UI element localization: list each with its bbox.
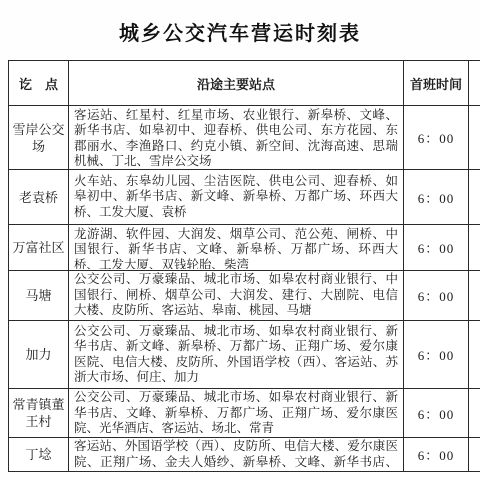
first-bus-cell: 6：00 (404, 106, 469, 170)
first-bus-cell: 6：00 (404, 438, 469, 472)
document-page: 城乡公交汽车营运时刻表 讫 点 沿途主要站点 首班时间 雪岸公交场 客运站、红星… (0, 0, 480, 480)
clipped-cell (469, 271, 480, 321)
stations-cell: 公交公司、万豪臻品、城北市场、如皋农村商业银行、中国银行、闸桥、烟草公司、大润发… (69, 271, 404, 321)
stations-cell: 公交公司、万豪臻品、城北市场、如皋农村商业银行、新华书店、新文峰、新皋桥、万都广… (69, 321, 404, 389)
table-row: 万富社区 龙游湖、软件园、大润发、烟草公司、范公苑、闸桥、中国银行、新华书店、文… (9, 225, 480, 271)
first-bus-cell: 6：00 (404, 225, 469, 271)
dest-cell: 丁埝 (9, 438, 69, 472)
table-row: 雪岸公交场 客运站、红星村、红星市场、农业银行、新皋桥、文峰、新华书店、如皋初中… (9, 106, 480, 170)
clipped-column-header (469, 61, 480, 106)
clipped-cell (469, 225, 480, 271)
table-row: 老袁桥 火车站、东皋幼儿园、尘洁医院、供电公司、迎春桥、如皋初中、新华书店、新文… (9, 170, 480, 225)
table-row: 丁埝 客运站、外国语学校（西）、皮防所、电信大楼、爱尔康医院、正翔广场、金夫人婚… (9, 438, 480, 472)
first-bus-cell: 6：00 (404, 321, 469, 389)
first-bus-cell: 6：00 (404, 271, 469, 321)
first-bus-column-header: 首班时间 (404, 61, 469, 106)
bus-timetable: 讫 点 沿途主要站点 首班时间 雪岸公交场 客运站、红星村、红星市场、农业银行、… (8, 60, 480, 472)
first-bus-cell: 6：00 (404, 170, 469, 225)
stations-cell: 火车站、东皋幼儿园、尘洁医院、供电公司、迎春桥、如皋初中、新华书店、新文峰、新皋… (69, 170, 404, 225)
table-row: 马塘 公交公司、万豪臻品、城北市场、如皋农村商业银行、中国银行、闸桥、烟草公司、… (9, 271, 480, 321)
dest-cell: 老袁桥 (9, 170, 69, 225)
dest-column-header: 讫 点 (9, 61, 69, 106)
clipped-cell (469, 389, 480, 438)
clipped-cell (469, 438, 480, 472)
stations-cell: 公交公司、万豪臻品、城北市场、如皋农村商业银行、新华书店、文峰、新皋桥、万都广场… (69, 389, 404, 438)
clipped-cell (469, 106, 480, 170)
first-bus-cell: 6：00 (404, 389, 469, 438)
dest-cell: 万富社区 (9, 225, 69, 271)
dest-cell: 常青镇董王村 (9, 389, 69, 438)
stations-cell: 龙游湖、软件园、大润发、烟草公司、范公苑、闸桥、中国银行、新华书店、文峰、新皋桥… (69, 225, 404, 271)
header-row: 讫 点 沿途主要站点 首班时间 (9, 61, 480, 106)
dest-cell: 雪岸公交场 (9, 106, 69, 170)
clipped-cell (469, 170, 480, 225)
dest-cell: 马塘 (9, 271, 69, 321)
table-row: 常青镇董王村 公交公司、万豪臻品、城北市场、如皋农村商业银行、新华书店、文峰、新… (9, 389, 480, 438)
clipped-cell (469, 321, 480, 389)
table-row: 加力 公交公司、万豪臻品、城北市场、如皋农村商业银行、新华书店、新文峰、新皋桥、… (9, 321, 480, 389)
stations-column-header: 沿途主要站点 (69, 61, 404, 106)
stations-cell: 客运站、红星村、红星市场、农业银行、新皋桥、文峰、新华书店、如皋初中、迎春桥、供… (69, 106, 404, 170)
page-title: 城乡公交汽车营运时刻表 (0, 17, 480, 46)
stations-cell: 客运站、外国语学校（西）、皮防所、电信大楼、爱尔康医院、正翔广场、金夫人婚纱、新… (69, 438, 404, 472)
dest-cell: 加力 (9, 321, 69, 389)
